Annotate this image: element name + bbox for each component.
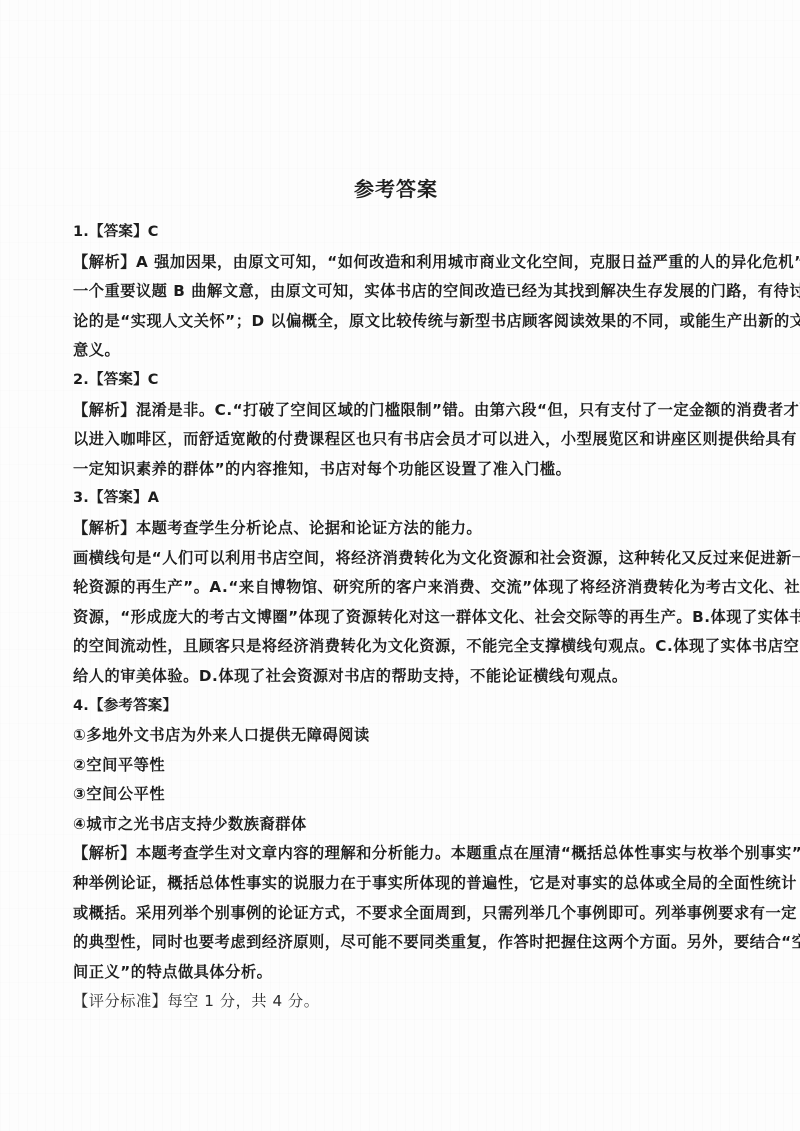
explanation-line: 一定知识素养的群体”的内容推知，书店对每个功能区设置了准入门槛。 — [73, 455, 729, 485]
answer-section-3: 3.【答案】A 【解析】本题考查学生分析论点、论据和论证方法的能力。 画横线句是… — [73, 484, 729, 691]
answer-point-4: ④城市之光书店支持少数族裔群体 — [73, 810, 729, 840]
explanation-line: 以进入咖啡区，而舒适宽敞的付费课程区也只有书店会员才可以进入，小型展览区和讲座区… — [73, 425, 729, 455]
explanation-line: 一个重要议题 B 曲解文意，由原文可知，实体书店的空间改造已经为其找到解决生存发… — [73, 277, 729, 307]
explanation-line: 的典型性，同时也要考虑到经济原则，尽可能不要同类重复，作答时把握住这两个方面。另… — [73, 928, 729, 958]
answer-heading: 4.【参考答案】 — [73, 692, 729, 722]
explanation-line: 论的是“实现人文关怀”；D 以偏概全，原文比较传统与新型书店顾客阅读效果的不同，… — [73, 307, 729, 337]
answer-heading: 2.【答案】C — [73, 366, 729, 396]
answer-point-2: ②空间平等性 — [73, 751, 729, 781]
explanation-line: 【解析】本题考查学生分析论点、论据和论证方法的能力。 — [73, 514, 729, 544]
explanation-line: 的空间流动性，且顾客只是将经济消费转化为文化资源，不能完全支撑横线句观点。C.体… — [73, 632, 729, 662]
explanation-line: 【解析】本题考查学生对文章内容的理解和分析能力。本题重点在厘清“概括总体性事实与… — [73, 839, 729, 869]
explanation-line: 种举例论证，概括总体性事实的说服力在于事实所体现的普遍性，它是对事实的总体或全局… — [73, 869, 729, 899]
explanation-line: 或概括。采用列举个别事例的论证方式，不要求全面周到，只需列举几个事例即可。列举事… — [73, 899, 729, 929]
explanation-line: 轮资源的再生产”。A.“来自博物馆、研究所的客户来消费、交流”体现了将经济消费转… — [73, 573, 729, 603]
answer-point-3: ③空间公平性 — [73, 780, 729, 810]
explanation-line: 【解析】A 强加因果，由原文可知，“如何改造和利用城市商业文化空间，克服日益严重… — [73, 248, 729, 278]
explanation-line: 意义。 — [73, 336, 729, 366]
page-title: 参考答案 — [63, 174, 729, 204]
scoring-criteria: 【评分标准】每空 1 分，共 4 分。 — [73, 987, 729, 1017]
explanation-line: 资源，“形成庞大的考古文博圈”体现了资源转化对这一群体文化、社会交际等的再生产。… — [73, 603, 729, 633]
explanation-line: 画横线句是“人们可以利用书店空间，将经济消费转化为文化资源和社会资源，这种转化又… — [73, 544, 729, 574]
explanation-line: 间正义”的特点做具体分析。 — [73, 958, 729, 988]
answer-key-page: 参考答案 1.【答案】C 【解析】A 强加因果，由原文可知，“如何改造和利用城市… — [73, 174, 729, 1017]
explanation-line: 给人的审美体验。D.体现了社会资源对书店的帮助支持，不能论证横线句观点。 — [73, 662, 729, 692]
answer-section-2: 2.【答案】C 【解析】混淆是非。C.“打破了空间区域的门槛限制”错。由第六段“… — [73, 366, 729, 484]
answer-section-1: 1.【答案】C 【解析】A 强加因果，由原文可知，“如何改造和利用城市商业文化空… — [73, 218, 729, 366]
answer-heading: 3.【答案】A — [73, 484, 729, 514]
explanation-line: 【解析】混淆是非。C.“打破了空间区域的门槛限制”错。由第六段“但，只有支付了一… — [73, 396, 729, 426]
answer-heading: 1.【答案】C — [73, 218, 729, 248]
answer-section-4: 4.【参考答案】 ①多地外文书店为外来人口提供无障碍阅读 ②空间平等性 ③空间公… — [73, 692, 729, 1018]
answer-point-1: ①多地外文书店为外来人口提供无障碍阅读 — [73, 721, 729, 751]
